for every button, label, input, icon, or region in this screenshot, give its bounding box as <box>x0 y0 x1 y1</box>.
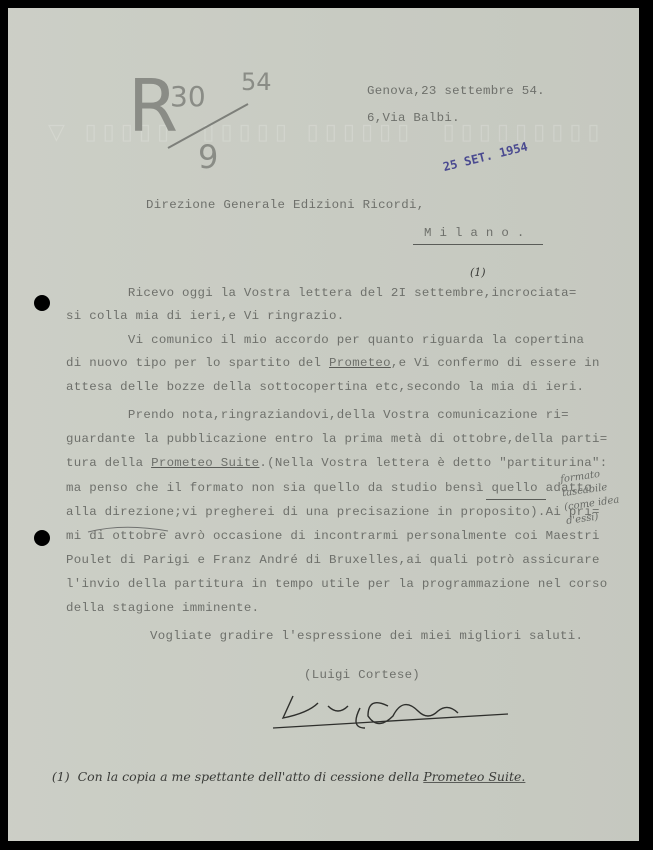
footnote-marker: (1) <box>470 266 486 279</box>
body-line: mi di ottobre avrò occasione di incontra… <box>66 529 600 543</box>
recipient-city: M i l a n o . <box>424 226 525 240</box>
place-date: Genova,23 settembre 54. <box>367 84 545 98</box>
punch-hole-top <box>34 295 50 311</box>
sender-address: 6,Via Balbi. <box>367 111 460 125</box>
handwritten-footnote: (1) Con la copia a me spettante dell'att… <box>36 754 525 799</box>
body-line: attesa delle bozze della sottocopertina … <box>66 380 584 394</box>
work-title-prometeo: Prometeo <box>329 356 391 370</box>
adatto-underline <box>486 499 546 500</box>
body-line: si colla mia di ieri,e Vi ringrazio. <box>66 309 344 323</box>
margin-note: formato tascabile (come idea d'essi) <box>559 463 641 529</box>
body-line: Vi comunico il mio accordo per quanto ri… <box>66 333 584 347</box>
recipient: Direzione Generale Edizioni Ricordi, <box>146 198 424 212</box>
closing: Vogliate gradire l'espressione dei miei … <box>150 629 583 643</box>
body-line: l'invio della partitura in tempo utile p… <box>66 577 608 591</box>
body-line: Poulet di Parigi e Franz André di Bruxel… <box>66 553 600 567</box>
body-line: guardante la pubblicazione entro la prim… <box>66 432 608 446</box>
letter-page: ▽ ▯▯▯▯▯ ▯▯▯▯▯ ▯▯▯▯▯▯ ▯▯▯▯▯▯▯▯▯ R 30 54 9… <box>8 8 639 841</box>
body-line: di nuovo tipo per lo spartito del Promet… <box>66 356 600 370</box>
body-line: alla direzione;vi pregherei di una preci… <box>66 505 600 519</box>
punch-hole-bottom <box>34 530 50 546</box>
city-underline <box>413 244 543 245</box>
typed-name: (Luigi Cortese) <box>304 668 420 682</box>
work-title-prometeo-suite: Prometeo Suite <box>151 456 259 470</box>
body-line: Ricevo oggi la Vostra lettera del 2I set… <box>66 286 577 300</box>
body-line: Prendo nota,ringraziandovi,della Vostra … <box>66 408 569 422</box>
body-line: tura della Prometeo Suite.(Nella Vostra … <box>66 456 608 470</box>
body-line: ma penso che il formato non sia quello d… <box>66 481 592 495</box>
pencil-slash-icon <box>8 8 639 841</box>
body-line: della stagione imminente. <box>66 601 259 615</box>
